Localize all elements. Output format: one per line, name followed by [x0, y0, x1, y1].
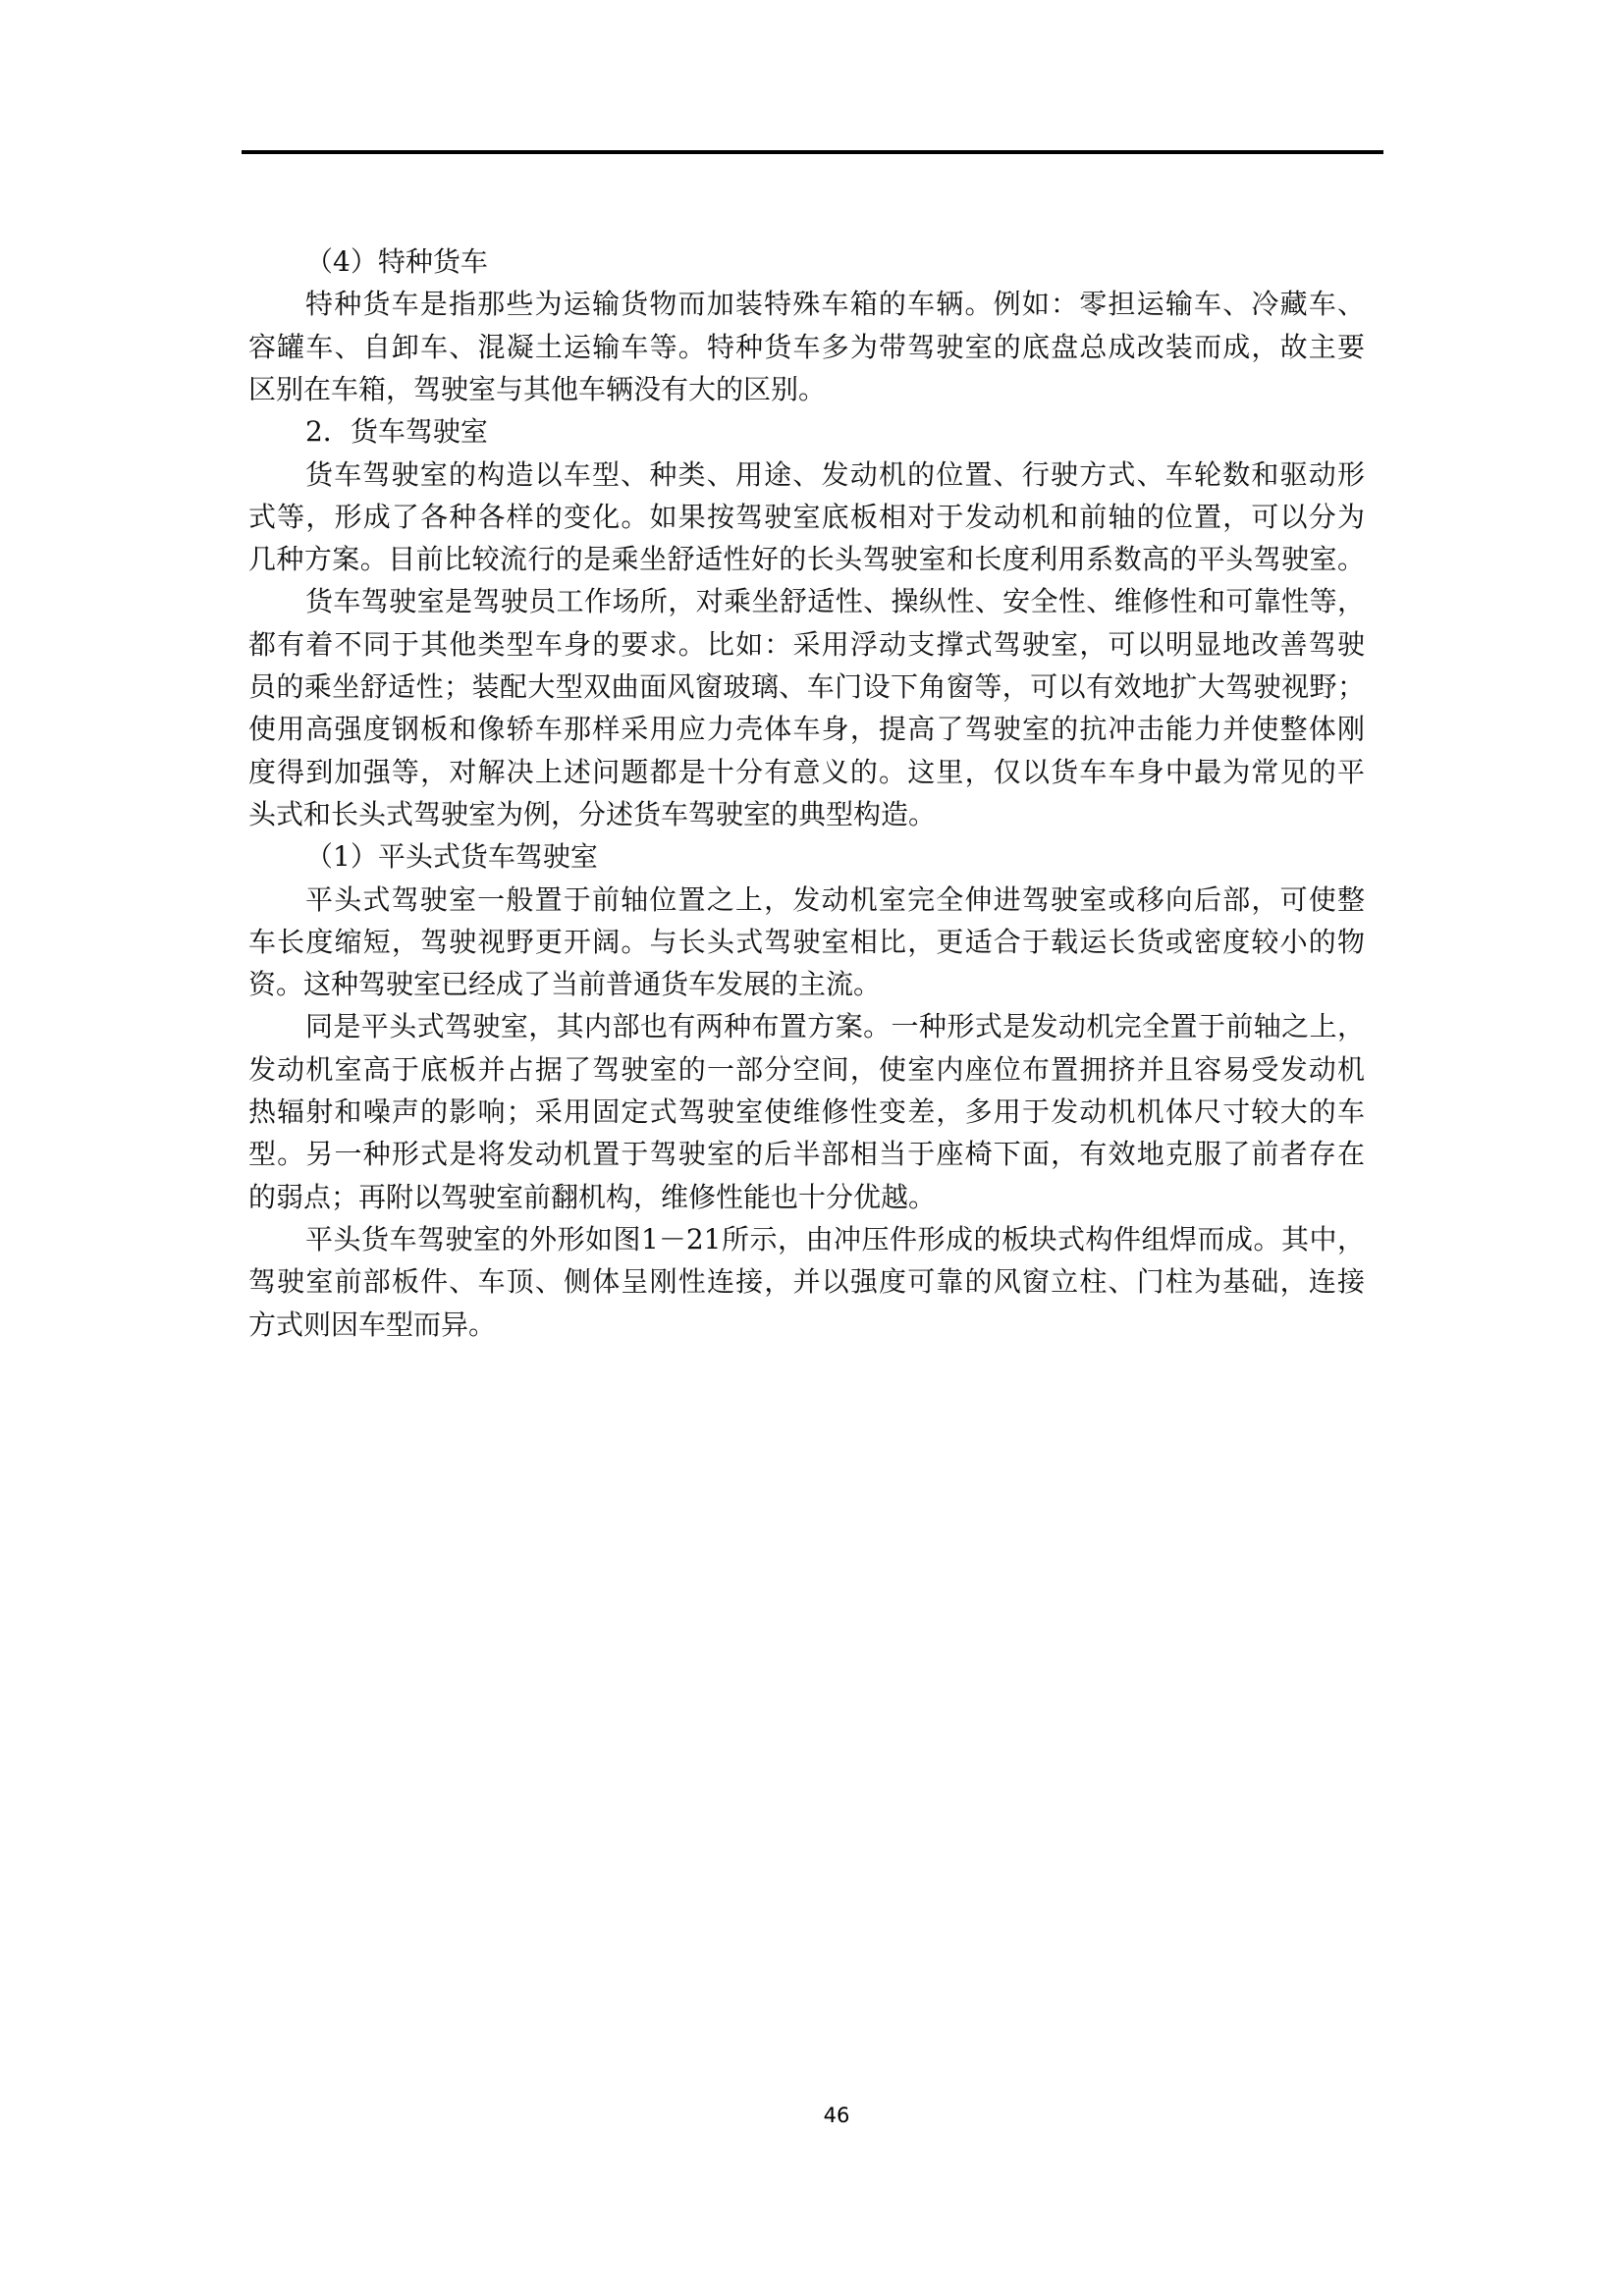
paragraph-line: 都有着不同于其他类型车身的要求。比如：采用浮动支撑式驾驶室，可以明显地改善驾驶 [248, 623, 1365, 666]
paragraph-line: 容罐车、自卸车、混凝土运输车等。特种货车多为带驾驶室的底盘总成改装而成，故主要 [248, 326, 1365, 368]
paragraph-line: 的弱点；再附以驾驶室前翻机构，维修性能也十分优越。 [248, 1176, 1365, 1218]
paragraph-line: 资。这种驾驶室已经成了当前普通货车发展的主流。 [248, 963, 1365, 1005]
document-page: （4）特种货车 特种货车是指那些为运输货物而加装特殊车箱的车辆。例如：零担运输车… [0, 0, 1624, 2296]
section-heading-flat-cab: （1）平头式货车驾驶室 [305, 835, 1365, 878]
paragraph-line: 发动机室高于底板并占据了驾驶室的一部分空间，使室内座位布置拥挤并且容易受发动机 [248, 1048, 1365, 1091]
paragraph-line: 员的乘坐舒适性；装配大型双曲面风窗玻璃、车门设下角窗等，可以有效地扩大驾驶视野； [248, 666, 1365, 708]
paragraph-line: 热辐射和噪声的影响；采用固定式驾驶室使维修性变差，多用于发动机机体尺寸较大的车 [248, 1091, 1365, 1133]
paragraph-line: 式等，形成了各种各样的变化。如果按驾驶室底板相对于发动机和前轴的位置，可以分为 [248, 496, 1365, 538]
paragraph-line: 货车驾驶室是驾驶员工作场所，对乘坐舒适性、操纵性、安全性、维修性和可靠性等， [305, 580, 1365, 622]
paragraph-line: 特种货车是指那些为运输货物而加装特殊车箱的车辆。例如：零担运输车、冷藏车、 [305, 283, 1365, 325]
paragraph-line: 货车驾驶室的构造以车型、种类、用途、发动机的位置、行驶方式、车轮数和驱动形 [305, 454, 1365, 496]
header-rule [242, 150, 1383, 154]
paragraph-line: 度得到加强等，对解决上述问题都是十分有意义的。这里，仅以货车车身中最为常见的平 [248, 751, 1365, 793]
paragraph-line: 型。另一种形式是将发动机置于驾驶室的后半部相当于座椅下面，有效地克服了前者存在 [248, 1133, 1365, 1175]
paragraph-line: 方式则因车型而异。 [248, 1304, 1365, 1346]
section-heading-truck-cab: 2．货车驾驶室 [305, 410, 1365, 453]
paragraph-line: 头式和长头式驾驶室为例，分述货车驾驶室的典型构造。 [248, 793, 1365, 835]
page-number: 46 [812, 2104, 861, 2127]
paragraph-line: 车长度缩短，驾驶视野更开阔。与长头式驾驶室相比，更适合于载运长货或密度较小的物 [248, 921, 1365, 963]
paragraph-line: 驾驶室前部板件、车顶、侧体呈刚性连接，并以强度可靠的风窗立柱、门柱为基础，连接 [248, 1260, 1365, 1303]
section-heading-special-trucks: （4）特种货车 [305, 240, 1365, 283]
paragraph-line: 区别在车箱，驾驶室与其他车辆没有大的区别。 [248, 368, 1365, 410]
paragraph-line: 同是平头式驾驶室，其内部也有两种布置方案。一种形式是发动机完全置于前轴之上， [305, 1005, 1365, 1047]
paragraph-line: 平头货车驾驶室的外形如图1－21所示，由冲压件形成的板块式构件组焊而成。其中， [305, 1218, 1365, 1260]
paragraph-line: 几种方案。目前比较流行的是乘坐舒适性好的长头驾驶室和长度利用系数高的平头驾驶室。 [248, 538, 1365, 580]
paragraph-line: 平头式驾驶室一般置于前轴位置之上，发动机室完全伸进驾驶室或移向后部，可使整 [305, 879, 1365, 921]
paragraph-line: 使用高强度钢板和像轿车那样采用应力壳体车身，提高了驾驶室的抗冲击能力并使整体刚 [248, 708, 1365, 750]
